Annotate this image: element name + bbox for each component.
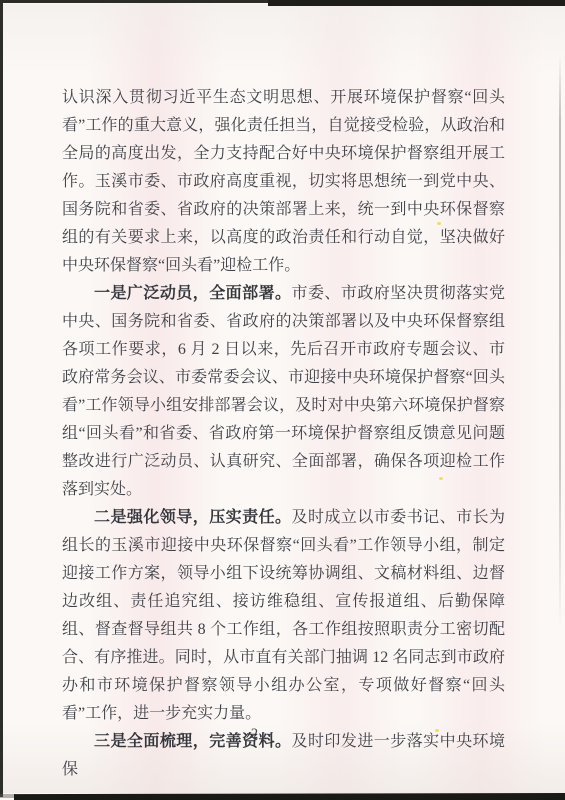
paragraph: 认识深入贯彻习近平生态文明思想、开展环境保护督察“回头看”工作的重大意义，强化责… (62, 84, 505, 280)
paragraph-lead: 一是广泛动员，全面部署。 (94, 285, 292, 302)
scanned-document: 认识深入贯彻习近平生态文明思想、开展环境保护督察“回头看”工作的重大意义，强化责… (0, 0, 565, 800)
document-body: 认识深入贯彻习近平生态文明思想、开展环境保护督察“回头看”工作的重大意义，强化责… (62, 84, 505, 784)
paragraph: 二是强化领导，压实责任。及时成立以市委书记、市长为组长的玉溪市迎接中央环保督察“… (62, 504, 505, 728)
paper-edge-line (559, 55, 561, 630)
scan-edge-bottom-lead (0, 794, 16, 798)
page-number: - 2 - (0, 726, 512, 743)
paper-tint-top (0, 4, 565, 74)
paragraph-lead: 二是强化领导，压实责任。 (94, 509, 292, 526)
scan-edge-left (0, 3, 3, 797)
scan-edge-top-right (268, 0, 565, 6)
scan-edge-top (0, 0, 565, 3)
scan-edge-bottom (14, 793, 565, 800)
paragraph: 一是广泛动员，全面部署。市委、市政府坚决贯彻落实党中央、国务院和省委、省政府的决… (62, 280, 505, 504)
paragraphs: 认识深入贯彻习近平生态文明思想、开展环境保护督察“回头看”工作的重大意义，强化责… (62, 84, 505, 784)
